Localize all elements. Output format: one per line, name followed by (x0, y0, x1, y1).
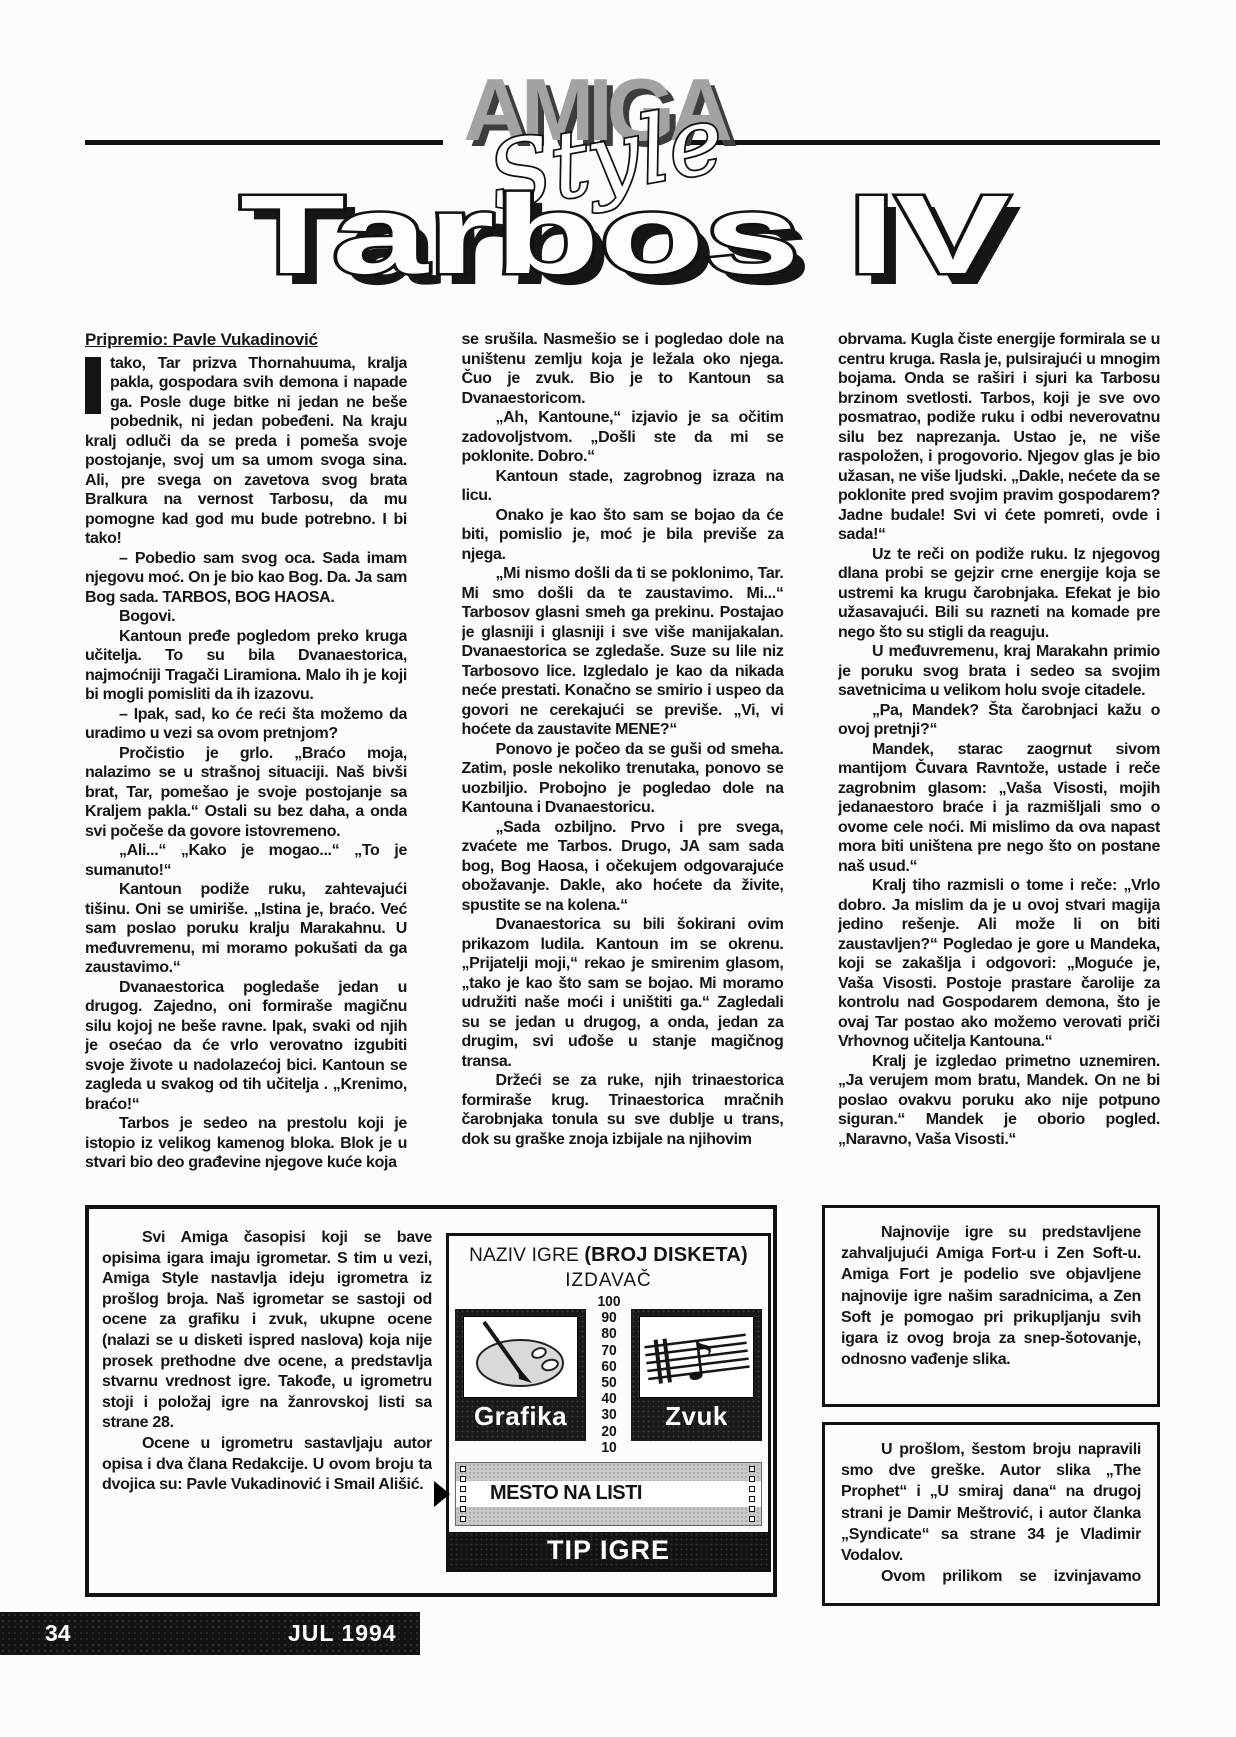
article-body: Pripremio: Pavle Vukadinović Itako, Tar … (85, 330, 1160, 1175)
scale-value: 30 (588, 1407, 628, 1423)
page-number: 34 (45, 1620, 71, 1647)
paragraph: Itako, Tar prizva Thornahuuma, kralja pa… (85, 354, 407, 549)
paragraph: Ponovo je počeo da se guši od smeha. Zat… (462, 740, 784, 818)
paragraph: Uz te reči on podiže ruku. Iz njegovog d… (838, 545, 1160, 643)
paragraph: Kantoun podiže ruku, zahtevajući tišinu.… (85, 880, 407, 978)
errata-box: U prošlom, šestom broju napravili smo dv… (822, 1422, 1160, 1606)
article-column-1-text: Itako, Tar prizva Thornahuuma, kralja pa… (85, 354, 407, 1173)
game-name-regular: NAZIV IGRE (469, 1245, 584, 1266)
paragraph: „Mi nismo došli da ti se poklonimo, Tar.… (462, 564, 784, 740)
paragraph: Svi Amiga časopisi koji se bave opisima … (102, 1228, 432, 1434)
paragraph: Najnovije igre su predstavljene zahvalju… (841, 1222, 1141, 1370)
rating-row: Grafika 100908070605040302010 (455, 1294, 762, 1456)
publisher-label: IZDAVAČ (455, 1270, 762, 1292)
graphics-tile: Grafika (455, 1309, 586, 1441)
palette-icon (463, 1316, 578, 1398)
disk-count-label: (BROJ DISKETA) (584, 1244, 748, 1266)
music-notes-icon: ♪ (639, 1316, 754, 1398)
paragraph: Dvanaestorica su bili šokirani ovim prik… (462, 915, 784, 1071)
list-position-strip: MESTO NA LISTI (455, 1462, 762, 1526)
scale-value: 80 (588, 1326, 628, 1342)
paragraph: Pročistio je grlo. „Braćo moja, nalazimo… (85, 744, 407, 842)
sound-tile: ♪ Zvuk (631, 1309, 762, 1441)
scale-value: 10 (588, 1440, 628, 1456)
tractor-holes-left (460, 1466, 468, 1522)
strip-arrow-icon (434, 1481, 450, 1507)
issue-date: JUL 1994 (288, 1620, 397, 1647)
paragraph: Mandek, starac zaogrnut sivom mantijom Č… (838, 740, 1160, 877)
footer-bar: 34 JUL 1994 (0, 1612, 420, 1655)
scale-value: 40 (588, 1391, 628, 1407)
tractor-holes-right (749, 1466, 757, 1522)
paragraph: „Ali...“ „Kako je mogao...“ „To je suman… (85, 841, 407, 880)
magazine-page: AMIGA AMIGA Style Tarbos IV Tarbos IV Pr… (0, 0, 1236, 1737)
paragraph: – Ipak, sad, ko će reći šta možemo da ur… (85, 705, 407, 744)
paragraph: U međuvremenu, kraj Marakahn primio je p… (838, 642, 1160, 701)
paragraph: Kralj tiho razmisli o tome i reče: „Vrlo… (838, 876, 1160, 1052)
scale-value: 20 (588, 1424, 628, 1440)
errata-text: U prošlom, šestom broju napravili smo dv… (841, 1439, 1141, 1589)
strip-mid-band: MESTO NA LISTI (456, 1481, 761, 1507)
paragraph: se srušila. Nasmešio se i pogledao dole … (462, 330, 784, 408)
scale-value: 100 (588, 1294, 628, 1310)
igrometar-box: NAZIV IGRE (BROJ DISKETA) IZDAVAČ Grafik… (446, 1233, 771, 1572)
paragraph: obrvama. Kugla čiste energije formirala … (838, 330, 1160, 545)
paragraph: Ocene u igrometru sastavljaju autor opis… (102, 1434, 432, 1496)
byline: Pripremio: Pavle Vukadinović (85, 330, 407, 350)
paragraph: Kantoun stade, zagrobnog izraza na licu. (462, 467, 784, 506)
game-name-label: NAZIV IGRE (BROJ DISKETA) (455, 1244, 762, 1267)
credits-text: Najnovije igre su predstavljene zahvalju… (841, 1222, 1141, 1390)
game-type-label: TIP IGRE (547, 1535, 670, 1566)
scale-value: 60 (588, 1359, 628, 1375)
dropcap-initial: I (85, 357, 101, 414)
paragraph: Onako je kao što sam se bojao da će biti… (462, 506, 784, 565)
paragraph: Tarbos je sedeo na prestolu koji je isto… (85, 1114, 407, 1173)
paragraph: Kralj je izgledao primetno uznemiren. „J… (838, 1052, 1160, 1150)
igrometar-note: Svi Amiga časopisi koji se bave opisima … (102, 1228, 432, 1580)
paragraph: U prošlom, šestom broju napravili smo dv… (841, 1439, 1141, 1566)
scale-value: 70 (588, 1343, 628, 1359)
article-column-1: Pripremio: Pavle Vukadinović Itako, Tar … (85, 330, 407, 1175)
article-title-text: Tarbos IV (240, 172, 1010, 297)
sound-label: Zvuk (665, 1401, 728, 1432)
rating-scale: 100908070605040302010 (588, 1294, 628, 1456)
list-position-label: MESTO NA LISTI (456, 1482, 642, 1505)
paragraph: „Sada ozbiljno. Prvo i pre svega, zvaćet… (462, 818, 784, 916)
paragraph: Kantoun pređe pogledom preko kruga učite… (85, 627, 407, 705)
scale-value: 90 (588, 1310, 628, 1326)
game-type-bar: TIP IGRE (449, 1532, 768, 1569)
graphics-label: Grafika (474, 1401, 567, 1432)
paragraph: Ovom prilikom se izvinjavamo autorima zb… (841, 1566, 1141, 1589)
paragraph: – Pobedio sam svog oca. Sada imam njegov… (85, 549, 407, 608)
strip-band-bottom (456, 1507, 761, 1525)
paragraph: Držeći se za ruke, njih trinaestorica fo… (462, 1071, 784, 1149)
scale-value: 50 (588, 1375, 628, 1391)
credits-box: Najnovije igre su predstavljene zahvalju… (822, 1205, 1160, 1407)
article-column-2: se srušila. Nasmešio se i pogledao dole … (462, 330, 784, 1175)
strip-band-top (456, 1463, 761, 1481)
article-column-3: obrvama. Kugla čiste energije formirala … (838, 330, 1160, 1175)
masthead-rule-left (85, 140, 443, 145)
paragraph: Dvanaestorica pogledaše jedan u drugog. … (85, 978, 407, 1115)
paragraph: „Pa, Mandek? Šta čarobnjaci kažu o ovoj … (838, 701, 1160, 740)
paragraph: Bogovi. (85, 607, 407, 627)
article-title: Tarbos IV Tarbos IV (200, 168, 1050, 308)
paragraph: „Ah, Kantoune,“ izjavio je sa očitim zad… (462, 408, 784, 467)
